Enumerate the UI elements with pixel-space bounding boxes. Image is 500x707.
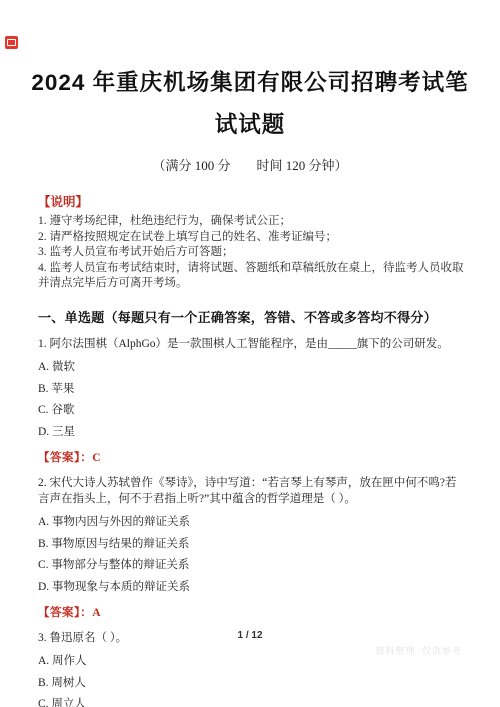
option-b: B. 苹果 [38,383,466,395]
option-c: C. 周立人 [38,698,466,707]
option-b: B. 事物原因与结果的辩证关系 [38,538,466,550]
notice-item: 2. 请严格按照规定在试卷上填写自己的姓名、准考证编号； [38,230,466,246]
page-title: 2024 年重庆机场集团有限公司招聘考试笔试试题 [31,62,469,146]
question-2: 2. 宋代大诗人苏轼曾作《琴诗》，诗中写道：“若言琴上有琴声，放在匣中何不鸣?若… [38,475,466,620]
option-a: A. 事物内因与外因的辩证关系 [38,516,466,528]
notice-item: 3. 监考人员宣布考试开始后方可答题； [38,245,466,261]
exam-meta-line: （满分 100 分 时间 120 分钟） [0,155,500,174]
notice-block: 【说明】 1. 遵守考场纪律，杜绝违纪行为，确保考试公正； 2. 请严格按照规定… [38,192,466,292]
notice-heading: 【说明】 [38,192,466,210]
option-d: D. 三星 [38,426,466,438]
question-1: 1. 阿尔法围棋（AlphGo）是一款围棋人工智能程序，是由_____旗下的公司… [38,336,466,465]
page-number: 1 / 12 [0,630,500,641]
question-3: 3. 鲁迅原名（ ）。 A. 周作人 B. 周树人 C. 周立人 [38,630,466,707]
notice-item: 1. 遵守考场纪律，杜绝违纪行为，确保考试公正； [38,214,466,230]
watermark-text: 资料整理 仅供参考 [375,644,462,657]
option-d: D. 事物现象与本质的辩证关系 [38,581,466,593]
logo-glyph-icon [7,39,16,46]
answer-line: 【答案】：C [38,449,466,465]
question-stem: 1. 阿尔法围棋（AlphGo）是一款围棋人工智能程序，是由_____旗下的公司… [38,336,466,352]
option-b: B. 周树人 [38,677,466,689]
section-heading-single-choice: 一、单选题（每题只有一个正确答案，答错、不答或多答均不得分） [38,307,466,326]
option-c: C. 谷歌 [38,404,466,416]
exam-paper-page: 2024 年重庆机场集团有限公司招聘考试笔试试题 （满分 100 分 时间 12… [0,0,500,707]
notice-item: 4. 监考人员宣布考试结束时，请将试题、答题纸和草稿纸放在桌上，待监考人员收取并… [38,261,466,292]
option-a: A. 微软 [38,361,466,373]
publisher-logo-icon [5,36,18,49]
answer-line: 【答案】：A [38,604,466,620]
option-c: C. 事物部分与整体的辩证关系 [38,559,466,571]
question-stem: 2. 宋代大诗人苏轼曾作《琴诗》，诗中写道：“若言琴上有琴声，放在匣中何不鸣?若… [38,475,466,507]
